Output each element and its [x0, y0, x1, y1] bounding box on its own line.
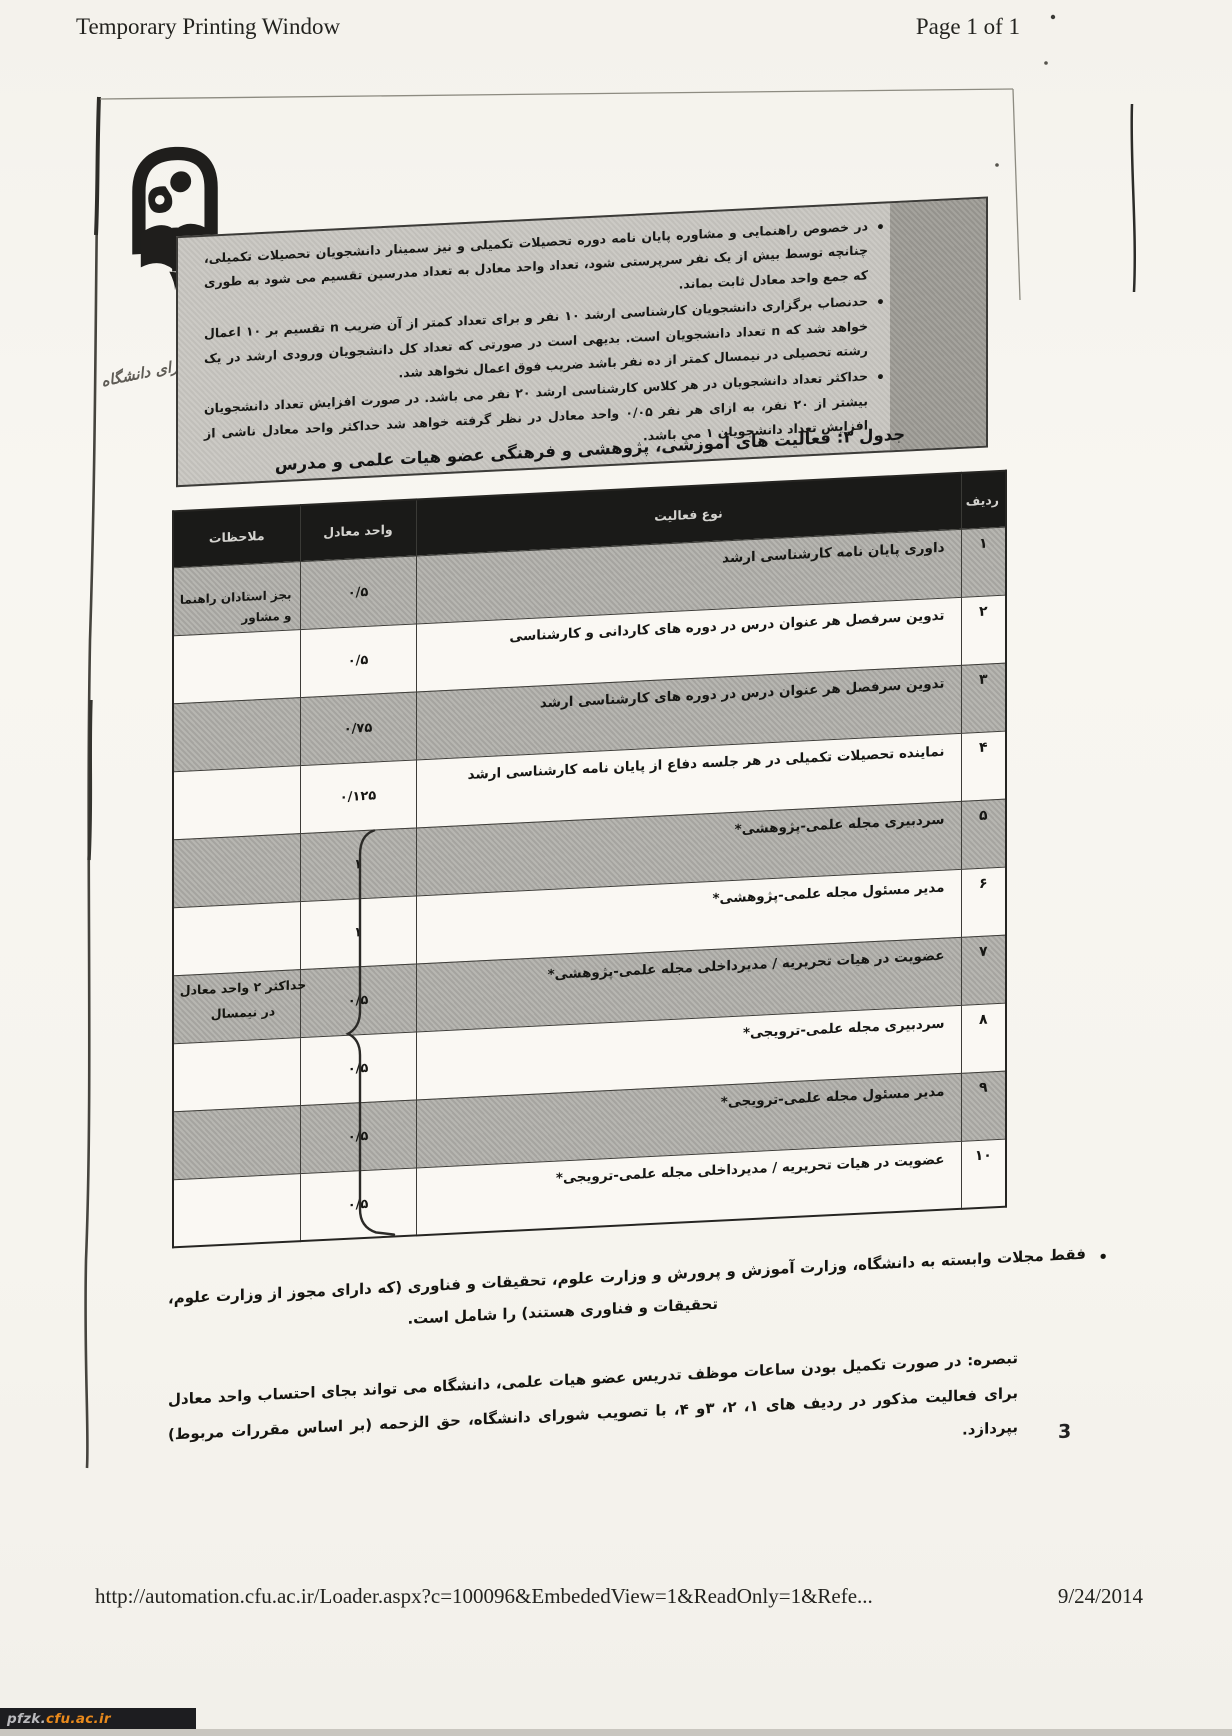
bullet-dot: •: [1098, 1241, 1108, 1274]
page-indicator: Page 1 of 1: [916, 14, 1020, 40]
cell-remark: [173, 765, 300, 839]
cell-remark: [173, 1105, 300, 1179]
cell-remark: [173, 1173, 300, 1247]
cell-row-number: ۱۰: [961, 1139, 1006, 1209]
activities-table-grid: ردیف نوع فعالیت واحد معادل ملاحظات ۱داور…: [172, 470, 1007, 1249]
bottom-edge-strip: [0, 1729, 1232, 1736]
col-header-unit: واحد معادل: [300, 499, 416, 561]
bullet-dot: •: [876, 365, 885, 393]
table-brace-note: حداکثر ۲ واحد معادل در نیمسال: [172, 971, 314, 1028]
cell-unit: ۰/۷۵: [300, 691, 416, 765]
watermark-domain: cfu.ac.ir: [46, 1711, 111, 1727]
footer-url: http://automation.cfu.ac.ir/Loader.aspx?…: [95, 1584, 873, 1609]
cell-unit: ۰/۱۲۵: [300, 759, 416, 833]
cell-row-number: ۸: [961, 1003, 1006, 1073]
cell-row-number: ۷: [961, 935, 1006, 1005]
cell-remark: بجز استادان راهنما و مشاور: [173, 561, 300, 635]
cell-unit: ۰/۵: [300, 555, 416, 629]
note-paragraph: تبصره: در صورت تکمیل بودن ساعات موظف تدر…: [168, 1341, 1018, 1486]
brace-annotation: [340, 823, 400, 1246]
watermark-prefix: pfzk.: [7, 1711, 46, 1727]
cell-row-number: ۳: [961, 663, 1006, 733]
table-footnote: • فقط مجلات وابسته به دانشگاه، وزارت آمو…: [168, 1238, 1086, 1347]
cell-remark: [173, 1037, 300, 1111]
col-header-remarks: ملاحظات: [173, 505, 300, 567]
print-window-footer: http://automation.cfu.ac.ir/Loader.aspx?…: [95, 1584, 1143, 1609]
cell-row-number: ۴: [961, 731, 1006, 801]
cell-remark: [173, 833, 300, 907]
cell-remark: [173, 629, 300, 703]
cell-row-number: ۹: [961, 1071, 1006, 1141]
activities-table: ردیف نوع فعالیت واحد معادل ملاحظات ۱داور…: [172, 470, 1005, 1249]
col-header-row-number: ردیف: [961, 471, 1006, 529]
notice-shade-band: [890, 199, 986, 451]
cell-row-number: ۵: [961, 799, 1006, 869]
print-preview-page: { "window": { "title": "Temporary Printi…: [0, 0, 1232, 1736]
window-title: Temporary Printing Window: [76, 14, 340, 40]
notice-bullet-text: در خصوص راهنمایی و مشاوره پایان نامه دور…: [204, 218, 868, 291]
cell-remark: [173, 697, 300, 771]
cell-row-number: ۲: [961, 595, 1006, 665]
watermark-badge: pfzk.cfu.ac.ir: [0, 1708, 196, 1729]
footer-date: 9/24/2014: [1058, 1584, 1143, 1609]
document-page-number: 3: [1058, 1420, 1071, 1443]
cell-unit: ۰/۵: [300, 623, 416, 697]
print-window-header: Temporary Printing Window Page 1 of 1: [76, 14, 1156, 50]
cell-row-number: ۱: [961, 527, 1006, 597]
scanned-document: دانشگاه فرهنگیان شورای دانشگاه •در خصوص …: [80, 70, 1080, 1599]
cell-remark: [173, 901, 300, 975]
bullet-dot: •: [876, 290, 885, 318]
footnote-text: فقط مجلات وابسته به دانشگاه، وزارت آموزش…: [168, 1238, 1086, 1347]
cell-row-number: ۶: [961, 867, 1006, 937]
bullet-dot: •: [876, 215, 885, 243]
